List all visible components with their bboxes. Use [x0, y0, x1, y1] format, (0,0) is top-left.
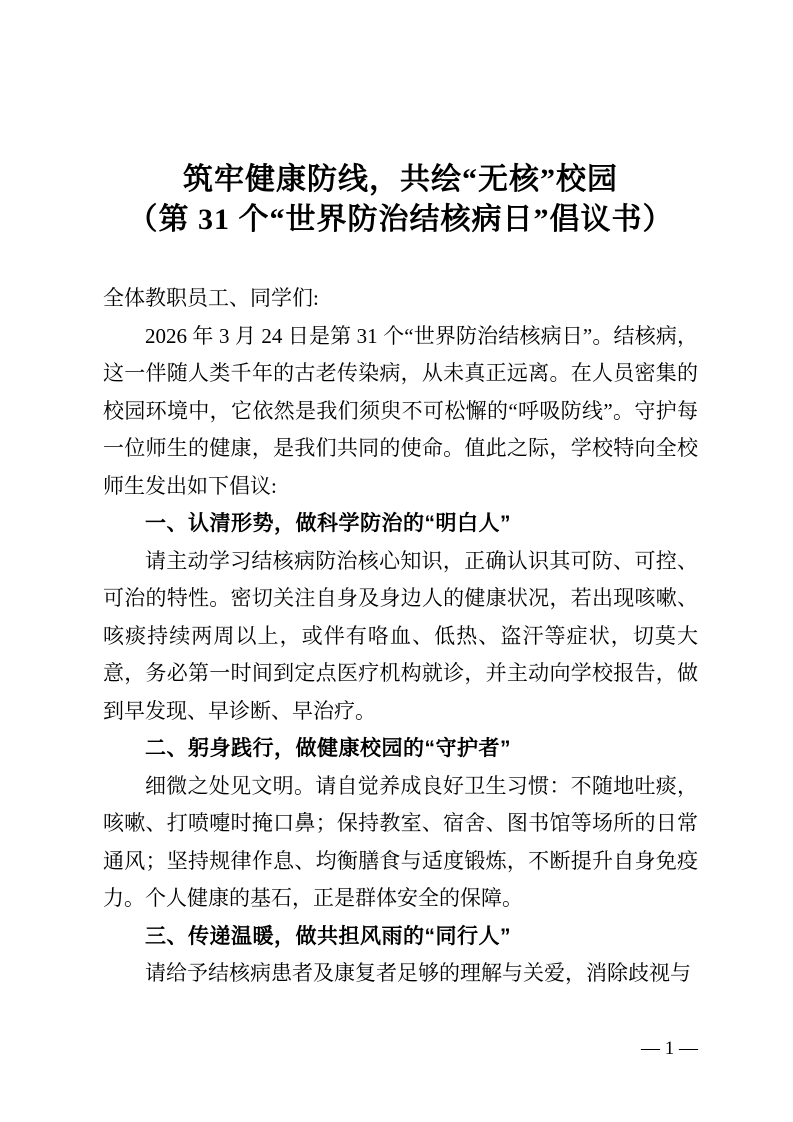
salutation: 全体教职员工、同学们: [103, 280, 698, 318]
title-line-2: （第 31 个“世界防治结核病日”倡议书） [103, 200, 698, 240]
intro-paragraph: 2026 年 3 月 24 日是第 31 个“世界防治结核病日”。结核病，这一伴… [103, 318, 698, 506]
title-line-1: 筑牢健康防线，共绘“无核”校园 [103, 160, 698, 200]
section-1-body: 请主动学习结核病防治核心知识，正确认识其可防、可控、可治的特性。密切关注自身及身… [103, 543, 698, 731]
section-2-heading: 二、躬身践行，做健康校园的“守护者” [103, 730, 698, 768]
document-content: 筑牢健康防线，共绘“无核”校园 （第 31 个“世界防治结核病日”倡议书） 全体… [103, 160, 698, 993]
document-page: 筑牢健康防线，共绘“无核”校园 （第 31 个“世界防治结核病日”倡议书） 全体… [0, 0, 793, 1122]
section-3-body: 请给予结核病患者及康复者足够的理解与关爱，消除歧视与 [103, 955, 698, 993]
section-1-heading: 一、认清形势，做科学防治的“明白人” [103, 505, 698, 543]
page-number: — 1 — [641, 1038, 698, 1060]
document-title: 筑牢健康防线，共绘“无核”校园 （第 31 个“世界防治结核病日”倡议书） [103, 160, 698, 240]
section-2-body: 细微之处见文明。请自觉养成良好卫生习惯：不随地吐痰，咳嗽、打喷嚏时掩口鼻；保持教… [103, 768, 698, 918]
section-3-heading: 三、传递温暖，做共担风雨的“同行人” [103, 918, 698, 956]
